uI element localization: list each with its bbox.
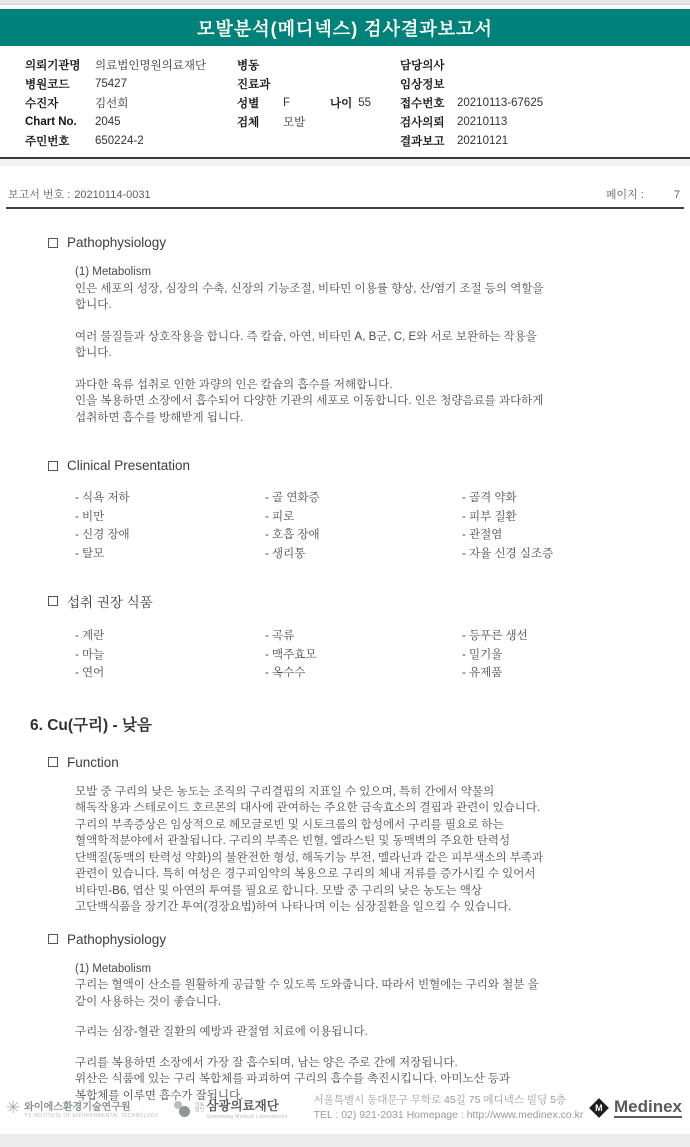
list-item: 피부 질환: [462, 508, 553, 527]
report-title: 모발분석(메디넥스) 검사결과보고서: [197, 15, 493, 41]
list-item: 호흡 장애: [265, 526, 462, 545]
field-label: 병원코드: [25, 76, 95, 92]
list-item: 유제품: [462, 664, 528, 683]
report-title-bar: 모발분석(메디넥스) 검사결과보고서: [0, 9, 690, 46]
field-value: 모발: [283, 114, 400, 130]
section-function: Function: [48, 755, 664, 770]
field-label: 수진자: [25, 95, 95, 111]
paragraph: 여러 물질들과 상호작용을 합니다. 즉 칼슘, 아연, 비타민 A, B군, …: [75, 329, 664, 362]
ys-institute-name: 와이에스환경기술연구원: [24, 1098, 158, 1113]
list-item: 관절염: [462, 526, 553, 545]
field-label: 결과보고: [400, 133, 457, 149]
checkbox-icon: [48, 461, 58, 471]
field-label: 검체: [237, 114, 283, 130]
field-label: 병동: [237, 57, 283, 73]
list-item: 탈모: [75, 545, 265, 564]
paragraph: 과다한 육류 섭취로 인한 과량의 인은 칼슘의 흡수를 저해합니다. 인을 복…: [75, 377, 664, 427]
paragraph: 인은 세포의 성장, 심장의 수축, 신장의 기능조절, 비타민 이용률 향상,…: [75, 281, 664, 314]
bottom-strip: [0, 1134, 690, 1147]
checkbox-icon: [48, 238, 58, 248]
gender-value: F: [283, 97, 330, 109]
section-title: Function: [67, 755, 119, 770]
samkwang-subtitle: Samkwang Medical Laboratories: [206, 1114, 287, 1120]
section-recommended-foods: 섭취 권장 식품: [48, 591, 664, 611]
field-label: 진료과: [237, 76, 283, 92]
list-column: 골격 약화 피부 질환 관절염 자율 신경 실조증: [462, 489, 553, 563]
list-item: 곡류: [265, 627, 462, 646]
ys-institute-subtitle: YS INSTITUTE OF ENVIRONMENTAL TECHNOLOGY: [24, 1113, 158, 1119]
field-label: 주민번호: [25, 133, 95, 149]
list-item: 등푸른 생선: [462, 627, 528, 646]
field-label: 담당의사: [400, 57, 457, 73]
list-column: 골 연화증 피로 호흡 장애 생리통: [265, 489, 462, 563]
recommended-foods-list: 계란 마늘 연어 곡류 맥주효모 옥수수 등푸른 생선 밀기울 유제품: [75, 627, 664, 683]
field-label: 성별: [237, 95, 283, 111]
section-title: 섭취 권장 식품: [67, 591, 153, 611]
patient-info-table: 의뢰기관명 의료법인명원의료재단 병동 담당의사 병원코드 75427 진료과 …: [0, 46, 690, 159]
contact-line: TEL : 02) 921-2031 Homepage : http://www…: [314, 1108, 592, 1123]
element-heading-cu: 6. Cu(구리) - 낮음: [30, 713, 664, 735]
list-item: 골격 약화: [462, 489, 553, 508]
field-value: 김선희: [95, 95, 237, 111]
paragraph: 구리는 심장-혈관 질환의 예방과 관절염 치료에 이용됩니다.: [75, 1024, 664, 1041]
list-item: 옥수수: [265, 664, 462, 683]
age-label: 나이: [330, 95, 352, 111]
section-title: Clinical Presentation: [67, 458, 190, 473]
section-pathophysiology-2: Pathophysiology: [48, 932, 664, 947]
patient-info-row: Chart No. 2045 검체 모발 검사의뢰 20210113: [25, 112, 690, 131]
list-column: 곡류 맥주효모 옥수수: [265, 627, 462, 683]
list-item: 계란: [75, 627, 265, 646]
section-title: Pathophysiology: [67, 235, 166, 250]
subsection-metabolism: (1) Metabolism: [75, 961, 664, 978]
field-label: 임상정보: [400, 76, 457, 92]
field-label: 의뢰기관명: [25, 57, 95, 73]
footer-address-block: 서울특별시 동대문구 무학로 45길 75 메디넥스 빌딩 5층 TEL : 0…: [314, 1093, 592, 1123]
page-label: 페이지 :: [606, 189, 644, 201]
horizontal-rule: [6, 207, 684, 209]
page-number: 7: [674, 189, 680, 201]
divider-strip: [0, 159, 690, 166]
medinex-diamond-icon: M: [589, 1098, 609, 1118]
section-clinical-presentation: Clinical Presentation: [48, 458, 664, 473]
patient-info-row: 주민번호 650224-2 결과보고 20210121: [25, 131, 690, 150]
list-column: 계란 마늘 연어: [75, 627, 265, 683]
medinex-brand-name: Medinex: [614, 1098, 682, 1118]
list-column: 식욕 저하 비만 신경 장애 탈모: [75, 489, 265, 563]
list-item: 생리통: [265, 545, 462, 564]
medinex-logo: M Medinex: [592, 1098, 682, 1118]
field-value: 75427: [95, 78, 237, 90]
patient-info-row: 의뢰기관명 의료법인명원의료재단 병동 담당의사: [25, 55, 690, 74]
checkbox-icon: [48, 596, 58, 606]
field-value: 20210113: [457, 116, 690, 128]
list-item: 신경 장애: [75, 526, 265, 545]
list-column: 등푸른 생선 밀기울 유제품: [462, 627, 528, 683]
list-item: 마늘: [75, 646, 265, 665]
samkwang-name: 삼광의료재단: [206, 1096, 287, 1114]
report-number: 보고서 번호 :20210114-0031: [8, 186, 155, 202]
field-value: 20210121: [457, 135, 690, 147]
list-item: 식욕 저하: [75, 489, 265, 508]
report-body: Pathophysiology (1) Metabolism 인은 세포의 성장…: [0, 235, 690, 1104]
subsection-metabolism: (1) Metabolism: [75, 264, 664, 281]
list-item: 피로: [265, 508, 462, 527]
samkwang-prefix: 의료 법인: [195, 1103, 205, 1113]
patient-info-row: 병원코드 75427 진료과 임상정보: [25, 74, 690, 93]
samkwang-circles-icon: [173, 1099, 191, 1117]
report-meta-bar: 보고서 번호 :20210114-0031 페이지 :7: [0, 186, 690, 205]
ys-flower-icon: ✳: [6, 1098, 20, 1118]
report-number-label: 보고서 번호 :: [8, 189, 70, 201]
list-item: 비만: [75, 508, 265, 527]
list-item: 자율 신경 실조증: [462, 545, 553, 564]
section-title: Pathophysiology: [67, 932, 166, 947]
top-strip: [0, 0, 690, 5]
checkbox-icon: [48, 934, 58, 944]
samkwang-logo: 의료 법인 삼광의료재단 Samkwang Medical Laboratori…: [173, 1096, 288, 1120]
paragraph: 구리는 혈액이 산소를 원활하게 공급할 수 있도록 도와줍니다. 따라서 빈혈…: [75, 977, 664, 1010]
field-value: 20210113-67625: [457, 97, 690, 109]
ys-institute-logo: ✳ 와이에스환경기술연구원 YS INSTITUTE OF ENVIRONMEN…: [6, 1098, 159, 1119]
field-label: 접수번호: [400, 95, 457, 111]
list-item: 맥주효모: [265, 646, 462, 665]
section-pathophysiology-1: Pathophysiology: [48, 235, 664, 250]
age-value: 55: [358, 97, 371, 109]
address-line: 서울특별시 동대문구 무학로 45길 75 메디넥스 빌딩 5층: [314, 1093, 592, 1108]
list-item: 밀기울: [462, 646, 528, 665]
footer: ✳ 와이에스환경기술연구원 YS INSTITUTE OF ENVIRONMEN…: [6, 1086, 684, 1130]
field-value: 650224-2: [95, 135, 237, 147]
field-value: 2045: [95, 116, 237, 128]
page-indicator: 페이지 :7: [606, 186, 680, 202]
report-number-value: 20210114-0031: [74, 189, 150, 201]
checkbox-icon: [48, 757, 58, 767]
field-label: 검사의뢰: [400, 114, 457, 130]
clinical-presentation-list: 식욕 저하 비만 신경 장애 탈모 골 연화증 피로 호흡 장애 생리통 골격 …: [75, 489, 664, 563]
field-value: 의료법인명원의료재단: [95, 57, 237, 73]
field-label: Chart No.: [25, 116, 95, 128]
list-item: 연어: [75, 664, 265, 683]
list-item: 골 연화증: [265, 489, 462, 508]
gender-age-group: F 나이 55: [283, 95, 400, 111]
paragraph: 모발 중 구리의 낮은 농도는 조직의 구리결핍의 지표일 수 있으며, 특히 …: [75, 784, 664, 916]
patient-info-row: 수진자 김선희 성별 F 나이 55 접수번호 20210113-67625: [25, 93, 690, 112]
